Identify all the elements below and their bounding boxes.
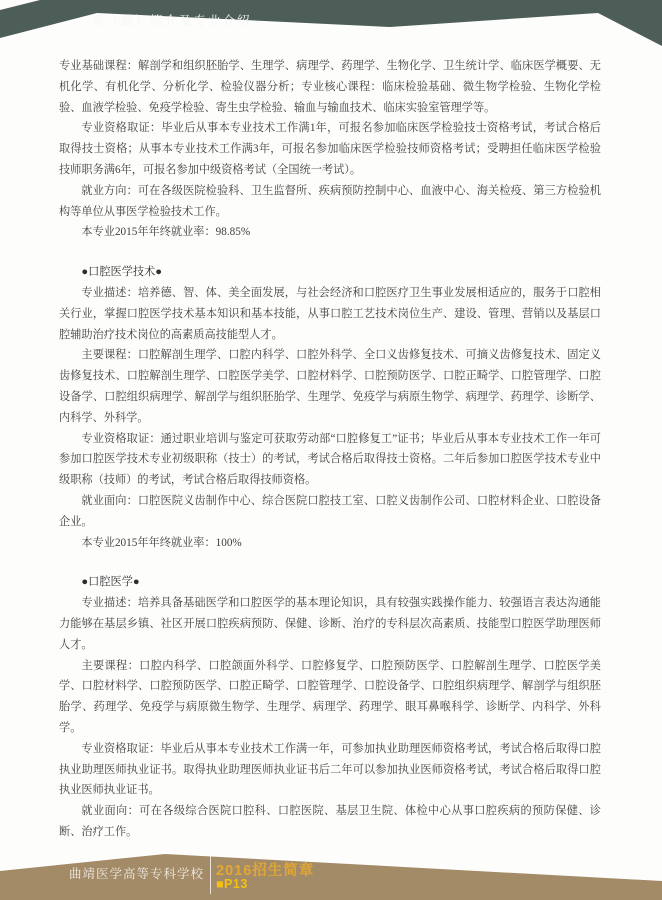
section-heading-stomatology: ●口腔医学● bbox=[59, 572, 601, 593]
para-foundation-and-core-courses: 专业基础课程：解剖学和组织胚胎学、生理学、病理学、药理学、生物化学、卫生统计学、… bbox=[59, 56, 601, 118]
para-dental-tech-courses: 主要课程：口腔解剖生理学、口腔内科学、口腔外科学、全口义齿修复技术、可摘义齿修复… bbox=[59, 345, 601, 428]
footer-divider bbox=[210, 856, 211, 894]
employment-rate-lab: 本专业2015年年终就业率：98.85% bbox=[59, 222, 601, 243]
para-lab-career-direction: 就业方向：可在各级医院检验科、卫生监督所、疾病预防控制中心、血液中心、海关检疫、… bbox=[59, 181, 601, 223]
para-stomatology-description: 专业描述：培养具备基础医学和口腔医学的基本理论知识，具有较强实践操作能力、较强语… bbox=[59, 593, 601, 655]
para-stomatology-qualification: 专业资格取证：毕业后从事本专业技术工作满一年，可参加执业助理医师资格考试，考试合… bbox=[59, 739, 601, 801]
body-text: 专业基础课程：解剖学和组织胚胎学、生理学、病理学、药理学、生物化学、卫生统计学、… bbox=[59, 56, 601, 843]
para-stomatology-career: 就业面向：可在各级综合医院口腔科、口腔医院、基层卫生院、体检中心从事口腔疾病的预… bbox=[59, 801, 601, 843]
para-stomatology-courses: 主要课程：口腔内科学、口腔颌面外科学、口腔修复学、口腔预防医学、口腔解剖生理学、… bbox=[59, 656, 601, 739]
footer-page-number: ■P13 bbox=[216, 877, 248, 891]
section-heading-dental-technology: ●口腔医学技术● bbox=[59, 262, 601, 283]
para-lab-qualification: 专业资格取证：毕业后从事本专业技术工作满1年，可报名参加临床医学检验技士资格考试… bbox=[59, 118, 601, 180]
brochure-page: 系（部）简介及专业介绍 专业基础课程：解剖学和组织胚胎学、生理学、病理学、药理学… bbox=[0, 0, 662, 900]
page-title: 系（部）简介及专业介绍 bbox=[92, 11, 252, 29]
para-dental-tech-description: 专业描述：培养德、智、体、美全面发展，与社会经济和口腔医疗卫生事业发展相适应的，… bbox=[59, 283, 601, 345]
employment-rate-dental-tech: 本专业2015年年终就业率：100% bbox=[59, 533, 601, 554]
para-dental-tech-career: 就业面向：口腔医院义齿制作中心、综合医院口腔技工室、口腔义齿制作公司、口腔材料企… bbox=[59, 491, 601, 533]
footer-school-name: 曲靖医学高等专科学校 bbox=[0, 864, 204, 882]
para-dental-tech-qualification: 专业资格取证：通过职业培训与鉴定可获取劳动部“口腔修复工”证书；毕业后从事本专业… bbox=[59, 429, 601, 491]
